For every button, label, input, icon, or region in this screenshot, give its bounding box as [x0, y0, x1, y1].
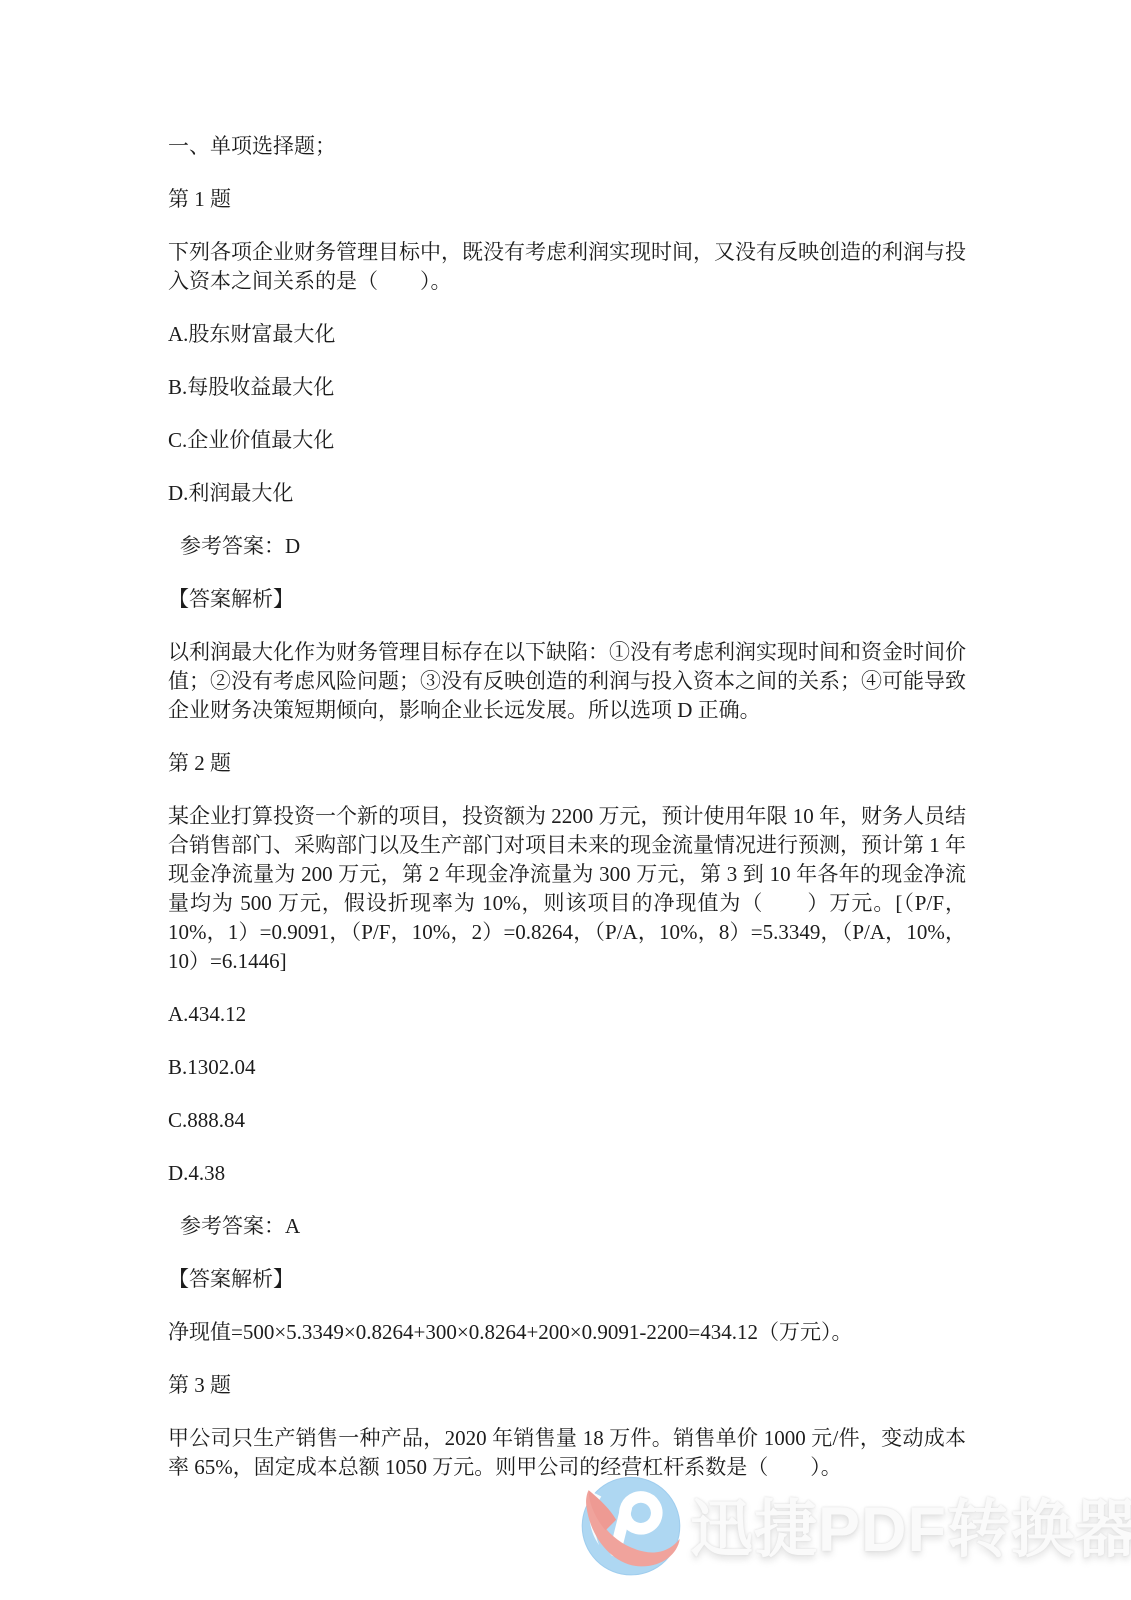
question-3-number: 第 3 题 — [168, 1371, 966, 1400]
question-block-2: 第 2 题 某企业打算投资一个新的项目，投资额为 2200 万元，预计使用年限 … — [168, 749, 966, 1347]
document-page: 一、单项选择题； 第 1 题 下列各项企业财务管理目标中，既没有考虑利润实现时间… — [168, 132, 966, 1506]
question-1-option-a: A.股东财富最大化 — [168, 320, 966, 349]
question-2-option-d: D.4.38 — [168, 1159, 966, 1188]
question-1-option-b: B.每股收益最大化 — [168, 373, 966, 402]
question-block-1: 第 1 题 下列各项企业财务管理目标中，既没有考虑利润实现时间，又没有反映创造的… — [168, 185, 966, 725]
question-1-option-d: D.利润最大化 — [168, 479, 966, 508]
question-2-option-b: B.1302.04 — [168, 1053, 966, 1082]
question-1-number: 第 1 题 — [168, 185, 966, 214]
question-2-option-c: C.888.84 — [168, 1106, 966, 1135]
question-3-stem: 甲公司只生产销售一种产品，2020 年销售量 18 万件。销售单价 1000 元… — [168, 1424, 966, 1482]
question-1-reference-answer: 参考答案：D — [168, 532, 966, 561]
question-1-stem: 下列各项企业财务管理目标中，既没有考虑利润实现时间，又没有反映创造的利润与投入资… — [168, 238, 966, 296]
question-2-option-a: A.434.12 — [168, 1000, 966, 1029]
question-1-analysis-heading: 【答案解析】 — [168, 585, 966, 614]
question-1-option-c: C.企业价值最大化 — [168, 426, 966, 455]
question-2-analysis-text: 净现值=500×5.3349×0.8264+300×0.8264+200×0.9… — [168, 1318, 966, 1347]
question-2-reference-answer: 参考答案：A — [168, 1212, 966, 1241]
question-2-analysis-heading: 【答案解析】 — [168, 1265, 966, 1294]
question-2-number: 第 2 题 — [168, 749, 966, 778]
question-block-3: 第 3 题 甲公司只生产销售一种产品，2020 年销售量 18 万件。销售单价 … — [168, 1371, 966, 1482]
section-title: 一、单项选择题； — [168, 132, 966, 161]
question-1-analysis-text: 以利润最大化作为财务管理目标存在以下缺陷：①没有考虑利润实现时间和资金时间价值；… — [168, 638, 966, 725]
question-2-stem: 某企业打算投资一个新的项目，投资额为 2200 万元，预计使用年限 10 年，财… — [168, 802, 966, 976]
